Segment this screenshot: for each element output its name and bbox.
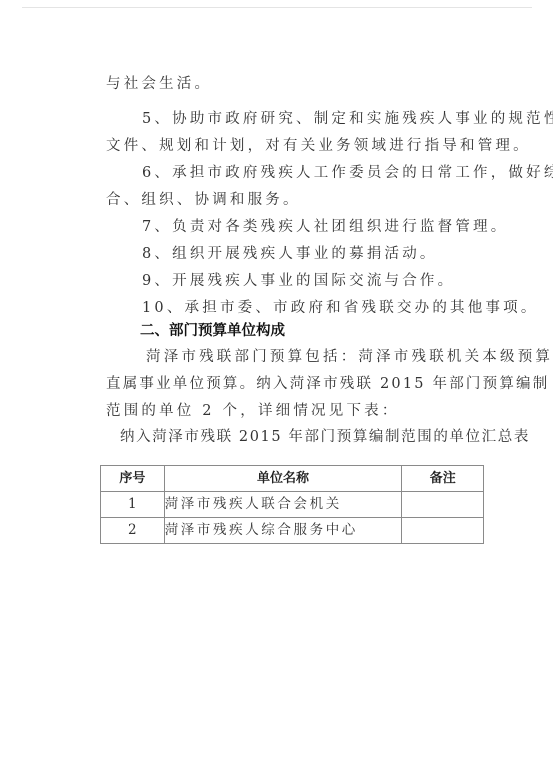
document-page: 与社会生活。 5、协助市政府研究、制定和实施残疾人事业的规范性 文件、规划和计划… [0, 0, 553, 761]
list-item-8: 8、组织开展残疾人事业的募捐活动。 [142, 245, 438, 263]
list-item-5-line-1: 5、协助市政府研究、制定和实施残疾人事业的规范性 [142, 110, 553, 128]
table-caption: 纳入菏泽市残联 2015 年部门预算编制范围的单位汇总表 [120, 428, 530, 446]
list-item-7: 7、负责对各类残疾人社团组织进行监督管理。 [142, 218, 508, 236]
section-body-line-2: 直属事业单位预算。纳入菏泽市残联 2015 年部门预算编制 [106, 375, 549, 393]
section-body-line-1: 菏泽市残联部门预算包括：菏泽市残联机关本级预算、 [146, 348, 553, 366]
units-summary-table: 序号 单位名称 备注 1 菏泽市残疾人联合会机关 2 菏泽市残疾人综合服务中心 [100, 465, 484, 544]
section-heading: 二、部门预算单位构成 [140, 322, 285, 340]
header-serial-no: 序号 [101, 466, 165, 492]
table-header-row: 序号 单位名称 备注 [101, 466, 484, 492]
list-item-6-line-1: 6、承担市政府残疾人工作委员会的日常工作，做好综 [142, 164, 553, 182]
cell-unit-name: 菏泽市残疾人联合会机关 [164, 492, 402, 518]
table-row: 1 菏泽市残疾人联合会机关 [101, 492, 484, 518]
list-item-5-line-2: 文件、规划和计划，对有关业务领域进行指导和管理。 [106, 137, 531, 155]
scan-edge-rule [22, 7, 532, 8]
cell-unit-name: 菏泽市残疾人综合服务中心 [164, 518, 402, 544]
list-item-10: 10、承担市委、市政府和省残联交办的其他事项。 [142, 299, 539, 317]
header-unit-name: 单位名称 [164, 466, 402, 492]
section-body-line-3: 范围的单位 2 个，详细情况见下表： [106, 402, 400, 420]
header-remarks: 备注 [402, 466, 484, 492]
cell-remarks [402, 518, 484, 544]
list-item-9: 9、开展残疾人事业的国际交流与合作。 [142, 272, 455, 290]
cell-serial-no: 2 [101, 518, 165, 544]
cell-serial-no: 1 [101, 492, 165, 518]
cell-remarks [402, 492, 484, 518]
list-item-6-line-2: 合、组织、协调和服务。 [106, 191, 301, 209]
table-row: 2 菏泽市残疾人综合服务中心 [101, 518, 484, 544]
paragraph-continuation: 与社会生活。 [106, 75, 212, 93]
